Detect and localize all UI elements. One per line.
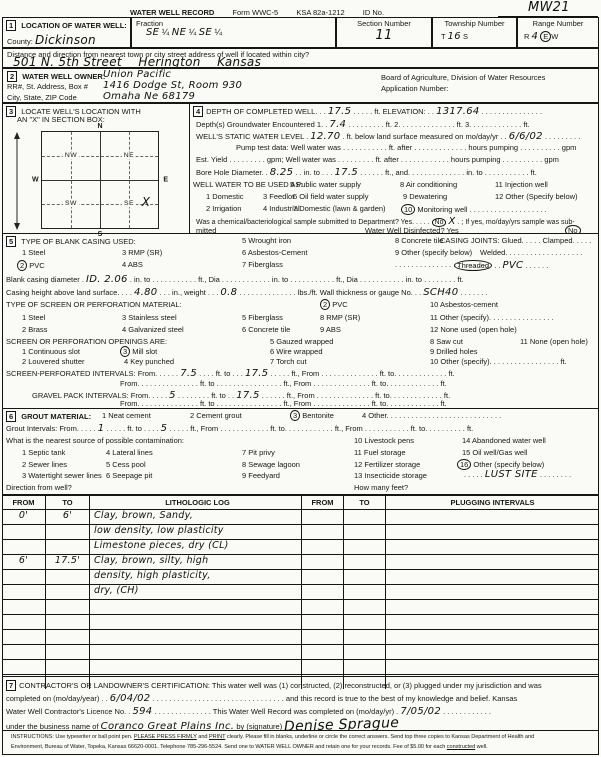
- screen-option: 4 Galvanized steel: [122, 325, 184, 334]
- printed-text: Pump test data: Well water was . . . . .…: [236, 143, 576, 152]
- cell-log: Limestone pieces, dry (CL): [90, 540, 302, 554]
- quad-se-label: SE: [122, 200, 136, 207]
- owner-city-label: City, State, ZIP Code: [7, 93, 77, 102]
- section2-number: 2: [7, 71, 17, 82]
- cell-pto: [344, 555, 386, 569]
- cell-log: Clay, brown, silty, high: [90, 555, 302, 569]
- certification-line-1: CONTRACTOR'S OR LANDOWNER'S CERTIFICATIO…: [19, 681, 541, 690]
- printed-text: WELL'S STATIC WATER LEVEL .: [196, 132, 310, 141]
- cell-plug: [386, 585, 599, 599]
- cell-to: [46, 660, 90, 674]
- cell-to: [46, 585, 90, 599]
- printed-text: . . . . .: [464, 470, 485, 479]
- handwritten-value: SE: [199, 27, 212, 38]
- cell-plug: [386, 615, 599, 629]
- section7-certification: 7CONTRACTOR'S OR LANDOWNER'S CERTIFICATI…: [2, 676, 599, 730]
- cell-log: [90, 660, 302, 674]
- handwritten-value: 17.5: [328, 106, 351, 117]
- disinfected-question: Water Well Disinfected? Yes: [365, 226, 459, 234]
- contamination-option: 13 Insecticide storage: [354, 471, 427, 480]
- printed-text: ¼: [159, 27, 172, 37]
- opening-mill-slot-circled: 3 Mill slot: [120, 346, 157, 357]
- cell-from: [2, 525, 46, 539]
- contamination-option: 7 Pit privy: [242, 448, 275, 457]
- cell-pto: [344, 525, 386, 539]
- printed-text: completed on (mo/day/year) . .: [6, 694, 110, 703]
- contamination-option: 15 Oil well/Gas well: [462, 448, 527, 457]
- printed-text: S: [461, 32, 468, 41]
- printed-text: PVC: [27, 261, 45, 270]
- printed-text: Casing height above land surface. . . .: [6, 288, 134, 297]
- handwritten-log: Limestone pieces, dry (CL): [94, 540, 229, 551]
- printed-text: W: [551, 32, 558, 41]
- casing-height-line: Casing height above land surface. . . . …: [6, 287, 488, 298]
- half-line: [42, 180, 158, 181]
- printed-text: Threaded: [454, 260, 492, 271]
- handwritten-log: low density, low plasticity: [94, 525, 224, 536]
- handwritten-value: Denise Sprague: [284, 715, 400, 730]
- compass-e: E: [163, 177, 168, 184]
- owner-address-value: 1416 Dodge St, Room 930: [103, 80, 242, 91]
- est-yield-line: Est. Yield . . . . . . . . . gpm; Well w…: [196, 155, 559, 164]
- printed-text: ¼: [186, 27, 199, 37]
- contamination-option: 11 Fuel storage: [354, 448, 406, 457]
- cell-log: [90, 600, 302, 614]
- printed-text: . . . . . ft., From . . . . . . . . . . …: [167, 424, 473, 433]
- handwritten-log: density, high plasticity,: [94, 570, 211, 581]
- compass-n: N: [97, 123, 102, 130]
- cell-pto: [344, 630, 386, 644]
- handwritten-log: Clay, brown, Sandy,: [94, 510, 193, 521]
- section5-number: 5: [6, 236, 16, 247]
- printed-text: Mill slot: [130, 347, 157, 356]
- section2-owner-box: 2 WATER WELL OWNER: RR#, St. Address, Bo…: [2, 68, 599, 103]
- cell-pfrom: [302, 555, 344, 569]
- screen-option: 11 Other (specify). . . . . . . . . . . …: [430, 313, 554, 322]
- grout-bentonite-circled: 3 Bentonite: [290, 410, 334, 421]
- header-from: FROM: [2, 496, 46, 509]
- casing-option: 7 Fiberglass: [242, 260, 283, 269]
- section-square: NW NE SW SE N S W E X: [41, 131, 159, 229]
- cell-to: 6': [46, 510, 90, 524]
- screen-option: 3 Stainless steel: [122, 313, 177, 322]
- lithology-table: FROM TO LITHOLOGIC LOG FROM TO PLUGGING …: [2, 495, 599, 689]
- casing-option: 4 ABS: [122, 260, 143, 269]
- cell-log: low density, low plasticity: [90, 525, 302, 539]
- handwritten-value: 8.25: [270, 167, 293, 178]
- screen-option: 12 None used (open hole): [430, 325, 517, 334]
- screen-material-title: TYPE OF SCREEN OR PERFORATION MATERIAL:: [6, 300, 182, 309]
- cell-pfrom: [302, 630, 344, 644]
- contamination-option: 9 Feedyard: [242, 471, 280, 480]
- handwritten-value: 17.5: [245, 368, 268, 379]
- cell-to: [46, 570, 90, 584]
- casing-option: 3 RMP (SR): [122, 248, 162, 257]
- printed-text: 2: [17, 260, 27, 271]
- section-number-value: 11: [337, 28, 431, 43]
- certification-line-2: completed on (mo/day/year) . . 6/04/02 .…: [6, 693, 517, 704]
- cell-pto: [344, 615, 386, 629]
- x-mark-handwritten: X: [142, 195, 151, 209]
- header-to2: TO: [344, 496, 386, 509]
- contamination-option: 3 Watertight sewer lines: [22, 471, 102, 480]
- cell-pto: [344, 585, 386, 599]
- handwritten-value: Coranco Great Plains Inc.: [101, 721, 235, 730]
- cell-log: Clay, brown, Sandy,: [90, 510, 302, 524]
- printed-text: clearly. Please fill in blanks, underlin…: [225, 734, 534, 740]
- lithology-row: 6'17.5'Clay, brown, silty, high: [2, 554, 599, 569]
- quarter-line: [42, 156, 158, 157]
- range-label: Range Number: [518, 18, 598, 28]
- printed-text: . . . . ft. to . . .: [197, 369, 245, 378]
- cell-from: [2, 570, 46, 584]
- cell-to: 17.5': [46, 555, 90, 569]
- handwritten-value: LUST SITE: [485, 469, 538, 480]
- printed-text: From. . . . . . . . . . . . . . . ft. to…: [120, 399, 447, 408]
- screen-option: 2 Brass: [22, 325, 47, 334]
- lithology-row: dry, (CH): [2, 584, 599, 599]
- static-water-level-line: WELL'S STATIC WATER LEVEL . 12.70 . ft. …: [196, 131, 580, 142]
- section1-number: 1: [6, 20, 16, 31]
- cell-pfrom: [302, 540, 344, 554]
- mile-arrow-icon: [11, 132, 23, 230]
- printed-text: 3: [120, 346, 130, 357]
- printed-text: 10: [401, 204, 415, 215]
- printed-text: . . . . . . . . . . . .: [441, 707, 491, 716]
- handwritten-value: 16: [448, 31, 461, 42]
- cell-plug: [386, 540, 599, 554]
- section4-panel: 4DEPTH OF COMPLETED WELL. . . 17.5 . . .…: [190, 103, 599, 234]
- cell-plug: [386, 570, 599, 584]
- contamination-option: 14 Abandoned water well: [462, 436, 546, 445]
- printed-text: E: [540, 31, 551, 42]
- printed-text: . ft. below land surface measured on mo/…: [340, 132, 508, 141]
- screen-perforated-intervals-line2: From. . . . . . . . . . . . . . . ft. to…: [120, 379, 447, 388]
- agency-label: Board of Agriculture, Division of Water …: [381, 73, 545, 82]
- quarter-line: [42, 204, 158, 205]
- cell-log: dry, (CH): [90, 585, 302, 599]
- handwritten-value: 1317.64: [436, 106, 479, 117]
- printed-text: Grout Intervals: From. . . . .: [6, 424, 98, 433]
- cell-pto: [344, 600, 386, 614]
- printed-text: PRINT: [209, 734, 225, 740]
- county-label: County:: [7, 37, 33, 46]
- contamination-other-value: . . . . . LUST SITE . . . . . . . .: [464, 469, 571, 480]
- cell-pto: [344, 660, 386, 674]
- header-from2: FROM: [302, 496, 344, 509]
- lithology-row: [2, 599, 599, 614]
- printed-text: SCREEN-PERFORATED INTERVALS: From. . . .…: [6, 369, 180, 378]
- mile-label: 1 Mile: [0, 171, 2, 187]
- screen-option: 9 ABS: [320, 325, 341, 334]
- lithology-row: [2, 659, 599, 674]
- cell-pto: [344, 540, 386, 554]
- printed-text: Depth(s) Groundwater Encountered 1. .: [196, 120, 329, 129]
- use-option: 6 Oil field water supply: [293, 192, 368, 201]
- contamination-option: 2 Sewer lines: [22, 460, 67, 469]
- use-option-monitoring-circled: 10 Monitoring well . . . . . . . . . . .…: [401, 204, 547, 215]
- printed-text: Environment, Bureau of Water, Topeka, Ka…: [11, 744, 447, 750]
- printed-text: under the business name of: [6, 722, 101, 730]
- printed-text: CONTRACTOR'S OR LANDOWNER'S CERTIFICATIO…: [19, 681, 541, 690]
- application-number-label: Application Number:: [381, 84, 449, 93]
- use-title: WELL WATER TO BE USED AS:: [193, 180, 302, 189]
- printed-text: Bore Hole Diameter. .: [196, 168, 270, 177]
- screen-option: 1 Steel: [22, 313, 45, 322]
- printed-text: . . . . . . . . .: [543, 132, 581, 141]
- opening-option: 6 Wire wrapped: [270, 347, 323, 356]
- cell-log: [90, 645, 302, 659]
- cell-pto: [344, 510, 386, 524]
- printed-text: well.: [475, 744, 487, 750]
- use-option: 5 Public water supply: [290, 180, 361, 189]
- handwritten-from: 0': [19, 510, 28, 521]
- section-number-label: Section Number: [337, 18, 431, 28]
- handwritten-log: Clay, brown, silty, high: [94, 555, 208, 566]
- printed-text: PVC: [330, 300, 348, 309]
- printed-text: . . . . . . ft., and. . . . . . . . . . …: [358, 168, 537, 177]
- casing-option-pvc-circled: 2 PVC: [17, 260, 45, 271]
- cell-to: [46, 645, 90, 659]
- lithology-row: 0'6'Clay, brown, Sandy,: [2, 509, 599, 524]
- section2-title: WATER WELL OWNER:: [22, 72, 105, 81]
- how-many-feet-question: How many feet?: [354, 483, 408, 492]
- cell-pfrom: [302, 570, 344, 584]
- lithology-row: [2, 614, 599, 629]
- opening-option: 1 Continuous slot: [22, 347, 80, 356]
- id-label: ID No.: [363, 8, 384, 17]
- address-row: Distance and direction from nearest town…: [2, 48, 599, 68]
- section-number-box: Section Number 11: [336, 17, 432, 48]
- cell-log: density, high plasticity,: [90, 570, 302, 584]
- header-plugging-intervals: PLUGGING INTERVALS: [386, 496, 599, 509]
- handwritten-value: 4.80: [134, 287, 157, 298]
- contamination-question: What is the nearest source of possible c…: [6, 436, 184, 445]
- screen-option: 6 Concrete tile: [242, 325, 290, 334]
- range-value: R 4 EW: [524, 31, 558, 42]
- printed-text: Bentonite: [300, 411, 334, 420]
- cell-to: [46, 525, 90, 539]
- blank-casing-title: TYPE OF BLANK CASING USED:: [21, 237, 136, 246]
- cell-to: [46, 540, 90, 554]
- use-option: 12 Other (Specify below): [495, 192, 578, 201]
- opening-option: 4 Key punched: [124, 357, 174, 366]
- instructions-line-2: Environment, Bureau of Water, Topeka, Ka…: [11, 744, 488, 750]
- form-ksa: KSA 82a-1212: [296, 8, 344, 17]
- use-option: 11 Injection well: [495, 180, 548, 189]
- lithology-row: [2, 644, 599, 659]
- range-box: Range Number R 4 EW: [517, 17, 599, 48]
- cell-plug: [386, 645, 599, 659]
- joint-threaded-circled: Threaded . . PVC . . . . . .: [454, 260, 548, 271]
- cell-from: [2, 585, 46, 599]
- screen-option: 8 RMP (SR): [320, 313, 360, 322]
- handwritten-value: 7/05/02: [400, 706, 441, 717]
- printed-text: . . . . . . . . . . . . . . This Water W…: [152, 707, 400, 716]
- handwritten-to: 17.5': [55, 555, 80, 566]
- contamination-option: 6 Seepage pit: [106, 471, 152, 480]
- direction-question: Direction from well?: [6, 483, 72, 492]
- compass-w: W: [32, 177, 39, 184]
- printed-text: ¼: [212, 27, 222, 37]
- printed-text: . . . . . ft. to . . . .: [104, 424, 160, 433]
- section3-locate-box: 3 LOCATE WELL'S LOCATION WITH AN "X" IN …: [2, 103, 190, 234]
- printed-text: . . . . . . . . . ft. 2. . . . . . . . .…: [346, 120, 529, 129]
- water-well-record-form: WATER WELL RECORD Form WWC-5 KSA 82a-121…: [0, 0, 601, 757]
- cell-from: [2, 600, 46, 614]
- cell-plug: [386, 510, 599, 524]
- sample-mitted: mitted: [196, 226, 216, 234]
- contamination-option: 1 Septic tank: [22, 448, 65, 457]
- handwritten-value: SCH40: [423, 287, 458, 298]
- cell-from: 0': [2, 510, 46, 524]
- handwritten-value: NE: [172, 27, 186, 38]
- opening-option: 10 Other (specify). . . . . . . . . . . …: [430, 357, 567, 366]
- section3-number: 3: [6, 106, 16, 117]
- printed-text: . . . . . ft., From . . . . . . . . . . …: [268, 369, 454, 378]
- contamination-option: 5 Cess pool: [106, 460, 146, 469]
- printed-text: . . . in., weight . . .: [157, 288, 220, 297]
- handwritten-value: SE: [146, 27, 159, 38]
- section6-number: 6: [6, 411, 16, 422]
- opening-option: 9 Drilled holes: [430, 347, 478, 356]
- header-to: TO: [46, 496, 90, 509]
- printed-text: INSTRUCTIONS: Use typewriter or ball poi…: [11, 734, 134, 740]
- screen-perforated-intervals-line1: SCREEN-PERFORATED INTERVALS: From. . . .…: [6, 368, 455, 379]
- owner-city-value: Omaha Ne 68179: [103, 91, 195, 102]
- gravel-pack-intervals-line2: From. . . . . . . . . . . . . . . ft. to…: [120, 399, 447, 408]
- printed-text: . . . . . ft. ELEVATION: . .: [351, 107, 436, 116]
- casing-option: 6 Asbestos-Cement: [242, 248, 307, 257]
- printed-text: . in. to . . . . . . . . . . . ft., Dia …: [128, 275, 464, 284]
- printed-text: DEPTH OF COMPLETED WELL. . .: [206, 107, 328, 116]
- groundwater-line: Depth(s) Groundwater Encountered 1. . 7.…: [196, 119, 530, 130]
- cell-plug: [386, 630, 599, 644]
- township-label: Township Number: [433, 18, 516, 28]
- grout-title: GROUT MATERIAL:: [21, 412, 91, 421]
- section6-panel: 6 GROUT MATERIAL: 1 Neat cement 2 Cement…: [2, 409, 599, 495]
- fraction-box: Fraction SE ¼ NE ¼ SE ¼: [131, 17, 336, 48]
- cell-from: [2, 630, 46, 644]
- opening-option: 2 Louvered shutter: [22, 357, 85, 366]
- opening-option: 11 None (open hole): [520, 337, 588, 346]
- header-lithologic-log: LITHOLOGIC LOG: [90, 496, 302, 509]
- cell-pfrom: [302, 585, 344, 599]
- cell-from: 6': [2, 555, 46, 569]
- screen-option: 10 Asbestos-cement: [430, 300, 498, 309]
- cell-from: [2, 645, 46, 659]
- pump-test-line: Pump test data: Well water was . . . . .…: [236, 143, 576, 152]
- printed-text: Monitoring well . . . . . . . . . . . . …: [415, 205, 546, 214]
- cell-pto: [344, 570, 386, 584]
- handwritten-value: 6/04/02: [110, 693, 151, 704]
- instructions-box: INSTRUCTIONS: Use typewriter or ball poi…: [2, 730, 599, 755]
- handwritten-value: PVC: [503, 260, 524, 271]
- lithology-rows: 0'6'Clay, brown, Sandy,low density, low …: [2, 509, 599, 689]
- owner-address-label: RR#, St. Address, Box #: [7, 82, 88, 91]
- cell-from: [2, 615, 46, 629]
- quad-sw-label: SW: [63, 200, 79, 207]
- form-number: Form WWC-5: [232, 8, 278, 17]
- handwritten-value: 7.5: [180, 368, 197, 379]
- cell-to: [46, 615, 90, 629]
- opening-option: 5 Gauzed wrapped: [270, 337, 333, 346]
- section5-panel: 5 TYPE OF BLANK CASING USED: 5 Wrought i…: [2, 234, 599, 409]
- printed-text: by (signature): [234, 722, 284, 730]
- cell-plug: [386, 525, 599, 539]
- grout-option: 1 Neat cement: [102, 411, 151, 420]
- grout-option: 2 Cement grout: [190, 411, 242, 420]
- county-value: Dickinson: [35, 33, 96, 47]
- printed-text: constructed: [447, 744, 475, 750]
- casing-option: 9 Other (specify below): [395, 248, 472, 257]
- casing-option: 8 Concrete tile: [395, 236, 443, 245]
- contamination-option: 10 Livestock pens: [354, 436, 414, 445]
- handwritten-value: 6/6/02: [509, 131, 543, 142]
- section7-number: 7: [6, 680, 16, 691]
- section3-title-2: AN "X" IN SECTION BOX:: [17, 115, 105, 124]
- bore-hole-line: Bore Hole Diameter. . 8.25 . . in. to . …: [196, 167, 537, 178]
- use-option: 2 Irrigation: [206, 204, 241, 213]
- township-box: Township Number T 16 S: [432, 17, 517, 48]
- handwritten-value: ID. 2.06: [86, 274, 128, 285]
- cell-to: [46, 630, 90, 644]
- cell-pfrom: [302, 645, 344, 659]
- township-value: T 16 S: [441, 31, 468, 42]
- lithology-table-header: FROM TO LITHOLOGIC LOG FROM TO PLUGGING …: [2, 496, 599, 509]
- cell-plug: [386, 555, 599, 569]
- printed-text: . . . . . . . . . . . . . . lbs./ft. Wal…: [237, 288, 423, 297]
- printed-text: 3: [290, 410, 300, 421]
- handwritten-value: 12.70: [310, 131, 340, 142]
- instructions-line-1: INSTRUCTIONS: Use typewriter or ball poi…: [11, 734, 534, 740]
- well-id-handwritten: MW21: [528, 0, 570, 15]
- lithology-row: density, high plasticity,: [2, 569, 599, 584]
- casing-option: 5 Wrought iron: [242, 236, 291, 245]
- depth-line: DEPTH OF COMPLETED WELL. . . 17.5 . . . …: [206, 107, 542, 116]
- printed-text: . . . . . . .: [458, 288, 487, 297]
- cell-pfrom: [302, 600, 344, 614]
- form-title: WATER WELL RECORD: [130, 8, 214, 17]
- form-header-line: WATER WELL RECORD Form WWC-5 KSA 82a-121…: [130, 8, 384, 17]
- cell-pfrom: [302, 525, 344, 539]
- lithology-row: low density, low plasticity: [2, 524, 599, 539]
- section4-number: 4: [193, 106, 203, 117]
- screen-option: 5 Fiberglass: [242, 313, 283, 322]
- contamination-option: 12 Fertilizer storage: [354, 460, 420, 469]
- use-option: 8 Air conditioning: [400, 180, 457, 189]
- printed-text: . . . . . .: [523, 261, 548, 270]
- grout-intervals-line: Grout Intervals: From. . . . . 1 . . . .…: [6, 423, 473, 434]
- contamination-option: 8 Sewage lagoon: [242, 460, 300, 469]
- printed-text: . . . . . . . . . . . . . . .: [480, 107, 543, 116]
- owner-name-value: Union Pacific: [103, 69, 171, 80]
- handwritten-value: 17.5: [335, 167, 358, 178]
- cell-log: [90, 615, 302, 629]
- handwritten-value: 7.4: [329, 119, 346, 130]
- printed-text: Blank casing diameter .: [6, 275, 86, 284]
- printed-text: Est. Yield . . . . . . . . . gpm; Well w…: [196, 155, 559, 164]
- printed-text: Water Well Contractor's Licence No. .: [6, 707, 132, 716]
- cell-to: [46, 600, 90, 614]
- cell-from: [2, 540, 46, 554]
- joint-welded-label: Welded. . . . . . . . . . . . . . . . . …: [480, 248, 582, 257]
- grout-option: 4 Other. . . . . . . . . . . . . . . . .…: [362, 411, 501, 420]
- cell-pfrom: [302, 660, 344, 674]
- handwritten-from: 6': [19, 555, 28, 566]
- handwritten-value: 0.8: [220, 287, 237, 298]
- quad-ne-label: NE: [122, 152, 136, 159]
